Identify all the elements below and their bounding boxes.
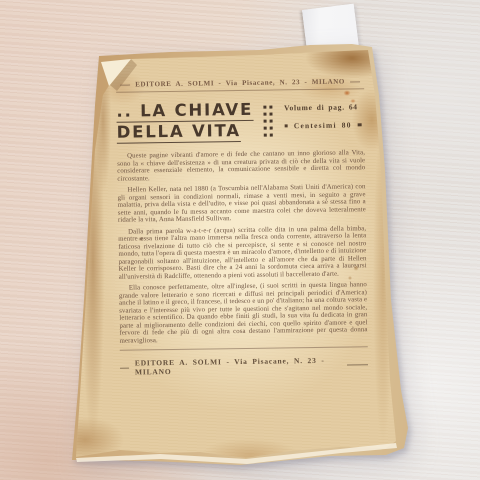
dot xyxy=(269,120,272,123)
dot xyxy=(263,113,266,116)
title-line-2: DELLA VITA xyxy=(117,121,241,144)
footer-dash-right xyxy=(347,364,368,365)
book-title: .. LA CHIAVE DELLA VITA xyxy=(116,100,253,144)
edition-meta: Volume di pag. 64 Centesimi 80 xyxy=(284,98,361,141)
cover-printed-content: EDITORE A. SOLMI - Via Pisacane, N. 23 -… xyxy=(116,77,368,377)
dot xyxy=(269,127,272,130)
title-block: .. LA CHIAVE DELLA VITA Volume di pag. 6… xyxy=(116,98,365,144)
volume-info: Volume di pag. 64 xyxy=(284,102,361,112)
title-line-1: .. LA CHIAVE xyxy=(116,100,253,123)
footer-rule xyxy=(120,346,368,350)
square-bullet-icon xyxy=(358,123,362,127)
header-dash-right xyxy=(350,81,360,82)
paragraph: Queste pagine vibranti d'amore e di fede… xyxy=(117,150,365,183)
footer-dash-left xyxy=(120,367,129,368)
dot xyxy=(263,106,266,109)
photo-of-antique-booklet: EDITORE A. SOLMI - Via Pisacane, N. 23 -… xyxy=(0,0,480,480)
dot xyxy=(263,127,266,130)
dot xyxy=(263,134,266,137)
dotted-divider-icon xyxy=(263,101,273,142)
publisher-footer-text: EDITORE A. SOLMI - Via Pisacane, N. 23 -… xyxy=(135,356,341,377)
price-info: Centesimi 80 xyxy=(284,120,361,130)
publisher-footer: EDITORE A. SOLMI - Via Pisacane, N. 23 -… xyxy=(120,355,368,376)
square-bullet-icon xyxy=(284,124,288,128)
dot xyxy=(269,113,272,116)
paragraph: Dalla prima parola w-a-t-e-r (acqua) scr… xyxy=(118,225,367,281)
header-rule xyxy=(116,88,364,92)
dot xyxy=(269,134,272,137)
price-label: Centesimi 80 xyxy=(294,120,352,130)
publisher-header-text: EDITORE A. SOLMI - Via Pisacane, N. 23 -… xyxy=(135,78,345,89)
dot xyxy=(263,120,266,123)
cover-body-text: Queste pagine vibranti d'amore e di fede… xyxy=(117,150,368,345)
dot xyxy=(269,106,272,109)
paragraph: Hellen Keller, nata nel 1880 (a Toscumbi… xyxy=(117,184,365,225)
header-dash-left xyxy=(120,84,130,85)
paragraph: Ella conosce perfettamente, oltre all'in… xyxy=(119,281,368,344)
